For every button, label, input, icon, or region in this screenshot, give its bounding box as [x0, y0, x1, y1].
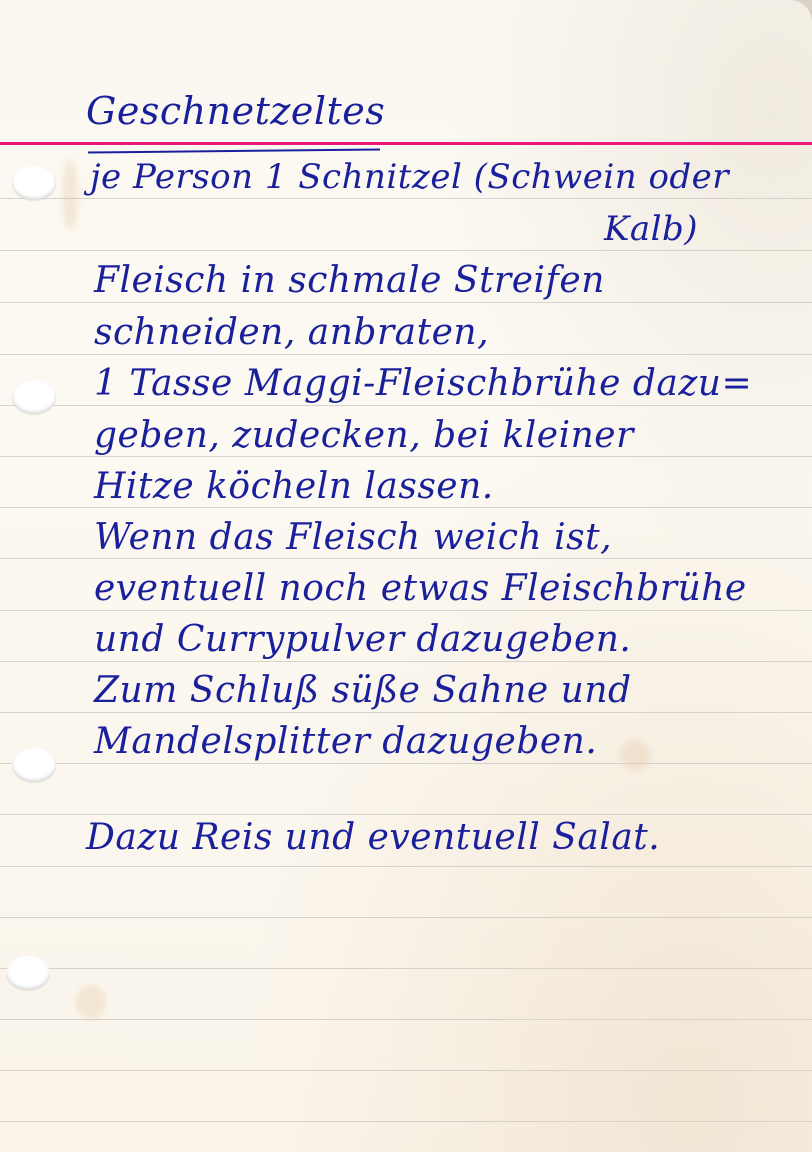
instruction-line: 1 Tasse Maggi-Fleischbrühe dazu=: [94, 366, 752, 402]
instruction-line: geben, zudecken, bei kleiner: [94, 418, 634, 454]
ruled-line: [0, 917, 812, 918]
recipe-title: Geschnetzeltes: [86, 92, 385, 130]
punch-hole: [12, 748, 56, 782]
ruled-line: [0, 1019, 812, 1020]
ruled-line: [0, 507, 812, 508]
instruction-line: Wenn das Fleisch weich ist,: [94, 520, 612, 556]
instruction-line: Zum Schluß süße Sahne und: [94, 673, 632, 709]
serving-suggestion: Dazu Reis und eventuell Salat.: [86, 820, 660, 856]
instruction-line: eventuell noch etwas Fleischbrühe: [94, 571, 747, 607]
ruled-line: [0, 661, 812, 662]
ruled-line: [0, 1121, 812, 1122]
ruled-line: [0, 250, 812, 251]
ruled-line: [0, 610, 812, 611]
instruction-line: Mandelsplitter dazugeben.: [94, 724, 597, 760]
paper-stain: [62, 160, 78, 230]
punch-hole: [12, 380, 56, 414]
ruled-line: [0, 1070, 812, 1071]
recipe-card: Geschnetzeltes je Person 1 Schnitzel (Sc…: [0, 0, 812, 1152]
paper-stain: [620, 740, 650, 770]
ruled-line: [0, 405, 812, 406]
title-underline: [88, 148, 380, 153]
paper-stain: [76, 985, 106, 1019]
ruled-line: [0, 302, 812, 303]
instruction-line: schneiden, anbraten,: [94, 315, 489, 351]
ruled-line: [0, 814, 812, 815]
ruled-line: [0, 456, 812, 457]
ruled-line: [0, 763, 812, 764]
instruction-line: Fleisch in schmale Streifen: [94, 263, 605, 299]
ruled-line: [0, 354, 812, 355]
punch-hole: [6, 956, 50, 990]
ruled-line: [0, 712, 812, 713]
instruction-line: Hitze köcheln lassen.: [94, 469, 494, 505]
punch-hole: [12, 166, 56, 200]
ruled-line: [0, 558, 812, 559]
header-rule: [0, 142, 812, 145]
ruled-line: [0, 198, 812, 199]
serving-note-continued: Kalb): [604, 212, 698, 246]
ruled-line: [0, 866, 812, 867]
instruction-line: und Currypulver dazugeben.: [94, 622, 631, 658]
ruled-line: [0, 968, 812, 969]
serving-note: je Person 1 Schnitzel (Schwein oder: [90, 160, 729, 194]
